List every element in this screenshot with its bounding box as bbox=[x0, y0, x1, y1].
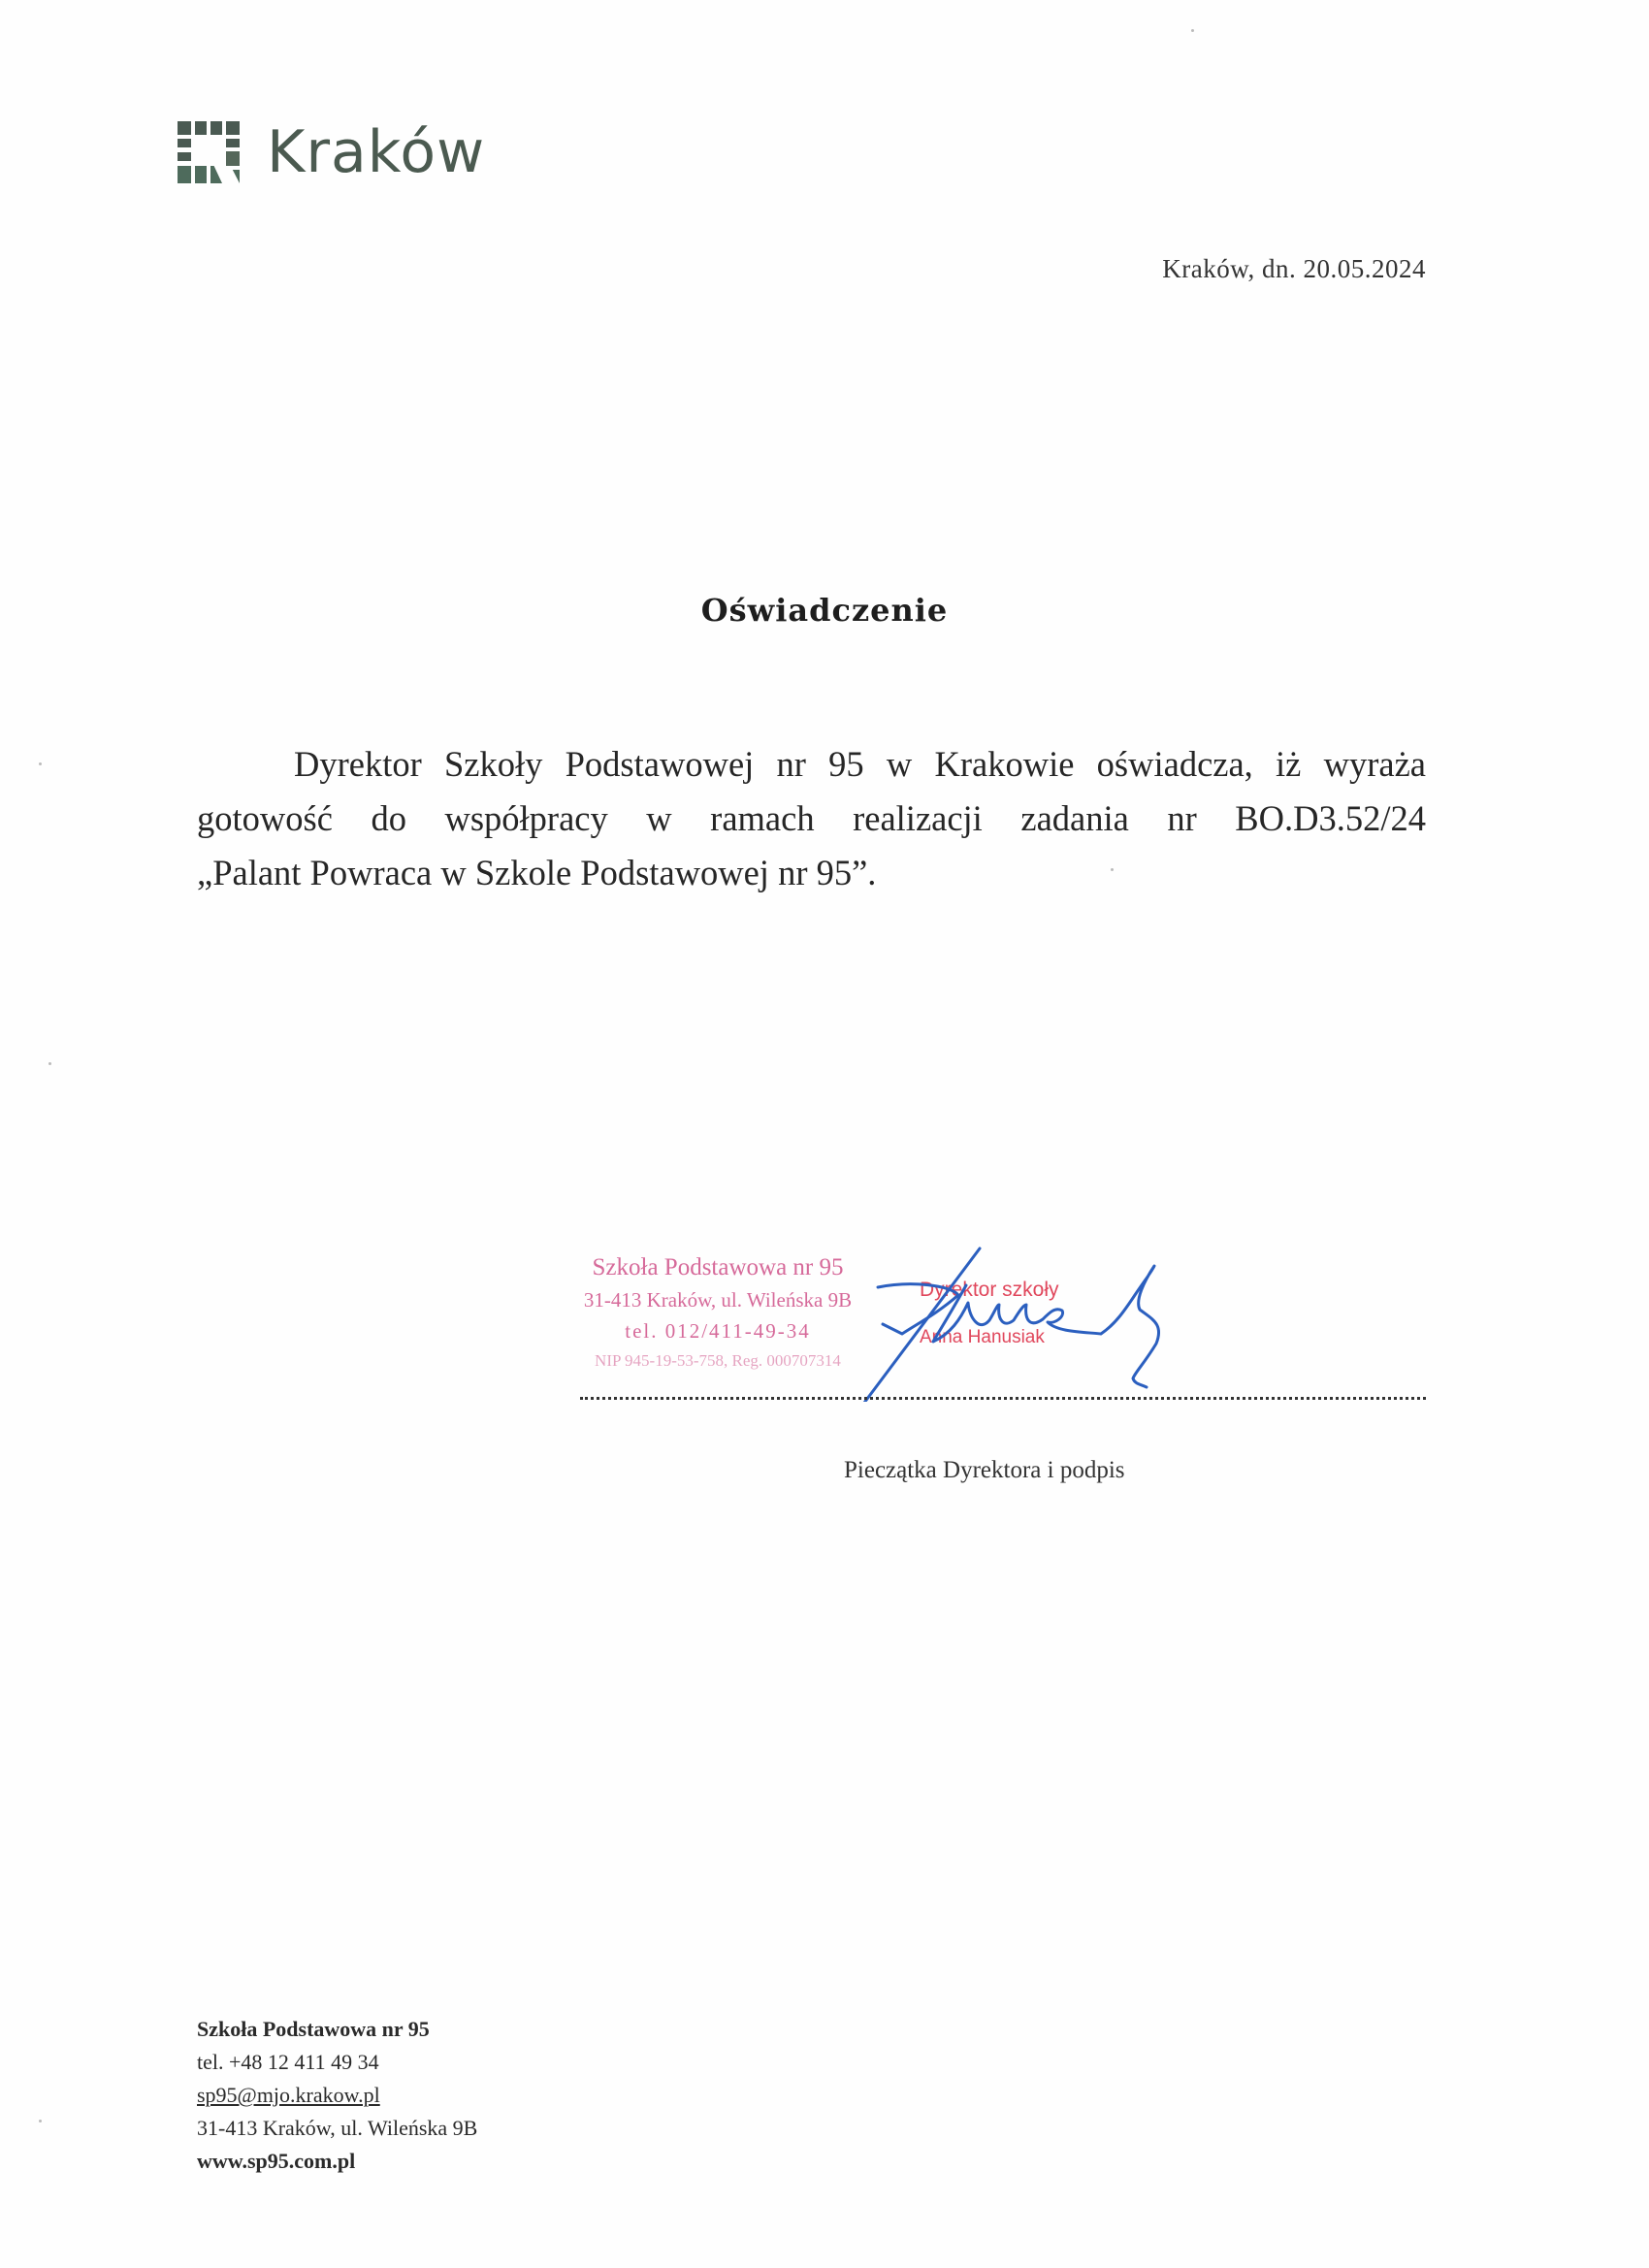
scan-speck bbox=[1191, 29, 1194, 32]
scan-speck bbox=[39, 2120, 42, 2122]
document-page: Kraków Kraków, dn. 20.05.2024 Oświadczen… bbox=[0, 0, 1649, 2268]
logo-text: Kraków bbox=[267, 123, 485, 181]
document-title: Oświadczenie bbox=[0, 592, 1649, 629]
date-line: Kraków, dn. 20.05.2024 bbox=[1162, 254, 1426, 284]
footer-address: 31-413 Kraków, ul. Wileńska 9B bbox=[197, 2112, 477, 2145]
signature-line bbox=[580, 1397, 1426, 1400]
footer-email-link[interactable]: sp95@mjo.krakow.pl bbox=[197, 2083, 380, 2107]
handwritten-signature bbox=[844, 1227, 1232, 1402]
footer-phone: tel. +48 12 411 49 34 bbox=[197, 2046, 477, 2079]
body-line: Dyrektor Szkoły Podstawowej nr 95 w Krak… bbox=[197, 737, 1426, 792]
signature-caption: Pieczątka Dyrektora i podpis bbox=[844, 1457, 1125, 1484]
body-line: gotowość do współpracy w ramach realizac… bbox=[197, 792, 1426, 846]
body-line: „Palant Powraca w Szkole Podstawowej nr … bbox=[197, 846, 1426, 900]
scan-speck bbox=[48, 1062, 51, 1065]
krakow-logo: Kraków bbox=[178, 121, 485, 183]
krakow-city-mark-icon bbox=[178, 121, 240, 183]
statement-body: Dyrektor Szkoły Podstawowej nr 95 w Krak… bbox=[197, 737, 1426, 900]
footer-school-name: Szkoła Podstawowa nr 95 bbox=[197, 2013, 477, 2046]
footer-website[interactable]: www.sp95.com.pl bbox=[197, 2145, 477, 2178]
footer-contact: Szkoła Podstawowa nr 95 tel. +48 12 411 … bbox=[197, 2013, 477, 2178]
scan-speck bbox=[39, 762, 42, 765]
scan-speck bbox=[1111, 868, 1114, 871]
